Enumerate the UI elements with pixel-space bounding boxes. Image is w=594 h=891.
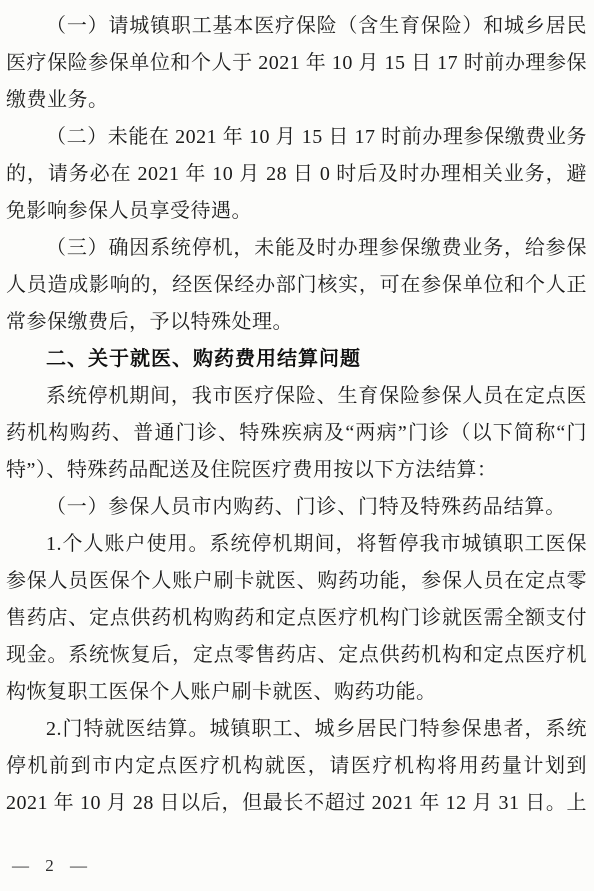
- document-line: 1.个人账户使用。系统停机期间，将暂停我市城镇职工医保: [6, 526, 587, 563]
- document-line: 人员造成影响的，经医保经办部门核实，可在参保单位和个人正: [6, 267, 587, 304]
- document-line: 的，请务必在 2021 年 10 月 28 日 0 时后及时办理相关业务，避: [6, 156, 587, 193]
- document-line: （一）请城镇职工基本医疗保险（含生育保险）和城乡居民: [6, 8, 587, 45]
- document-line: 药机构购药、普通门诊、特殊疾病及“两病”门诊（以下简称“门: [6, 415, 587, 452]
- document-line: 现金。系统恢复后，定点零售药店、定点供药机构和定点医疗机: [6, 637, 587, 674]
- document-line: 参保人员医保个人账户刷卡就医、购药功能，参保人员在定点零: [6, 563, 587, 600]
- document-line: 2.门特就医结算。城镇职工、城乡居民门特参保患者，系统: [6, 711, 587, 748]
- document-line: 售药店、定点供药机构购药和定点医疗机构门诊就医需全额支付: [6, 600, 587, 637]
- document-line: （二）未能在 2021 年 10 月 15 日 17 时前办理参保缴费业务: [6, 119, 587, 156]
- page-number: — 2 —: [12, 856, 89, 876]
- document-page: （一）请城镇职工基本医疗保险（含生育保险）和城乡居民 医疗保险参保单位和个人于 …: [0, 0, 594, 891]
- document-line: 特”）、特殊药品配送及住院医疗费用按以下方法结算：: [6, 452, 587, 489]
- document-line: 免影响参保人员享受待遇。: [6, 193, 587, 230]
- document-line: 医疗保险参保单位和个人于 2021 年 10 月 15 日 17 时前办理参保: [6, 45, 587, 82]
- document-line: 系统停机期间，我市医疗保险、生育保险参保人员在定点医: [6, 378, 587, 415]
- document-line: 停机前到市内定点医疗机构就医，请医疗机构将用药量计划到: [6, 748, 587, 785]
- subsection-heading: （一）参保人员市内购药、门诊、门特及特殊药品结算。: [6, 489, 587, 526]
- document-text-block: （一）请城镇职工基本医疗保险（含生育保险）和城乡居民 医疗保险参保单位和个人于 …: [6, 8, 587, 822]
- document-line: 缴费业务。: [6, 82, 587, 119]
- document-line: 常参保缴费后，予以特殊处理。: [6, 304, 587, 341]
- section-heading: 二、关于就医、购药费用结算问题: [6, 341, 587, 378]
- document-line: 2021 年 10 月 28 日以后，但最长不超过 2021 年 12 月 31…: [6, 785, 587, 822]
- document-line: （三）确因系统停机，未能及时办理参保缴费业务，给参保: [6, 230, 587, 267]
- document-line: 构恢复职工医保个人账户刷卡就医、购药功能。: [6, 674, 587, 711]
